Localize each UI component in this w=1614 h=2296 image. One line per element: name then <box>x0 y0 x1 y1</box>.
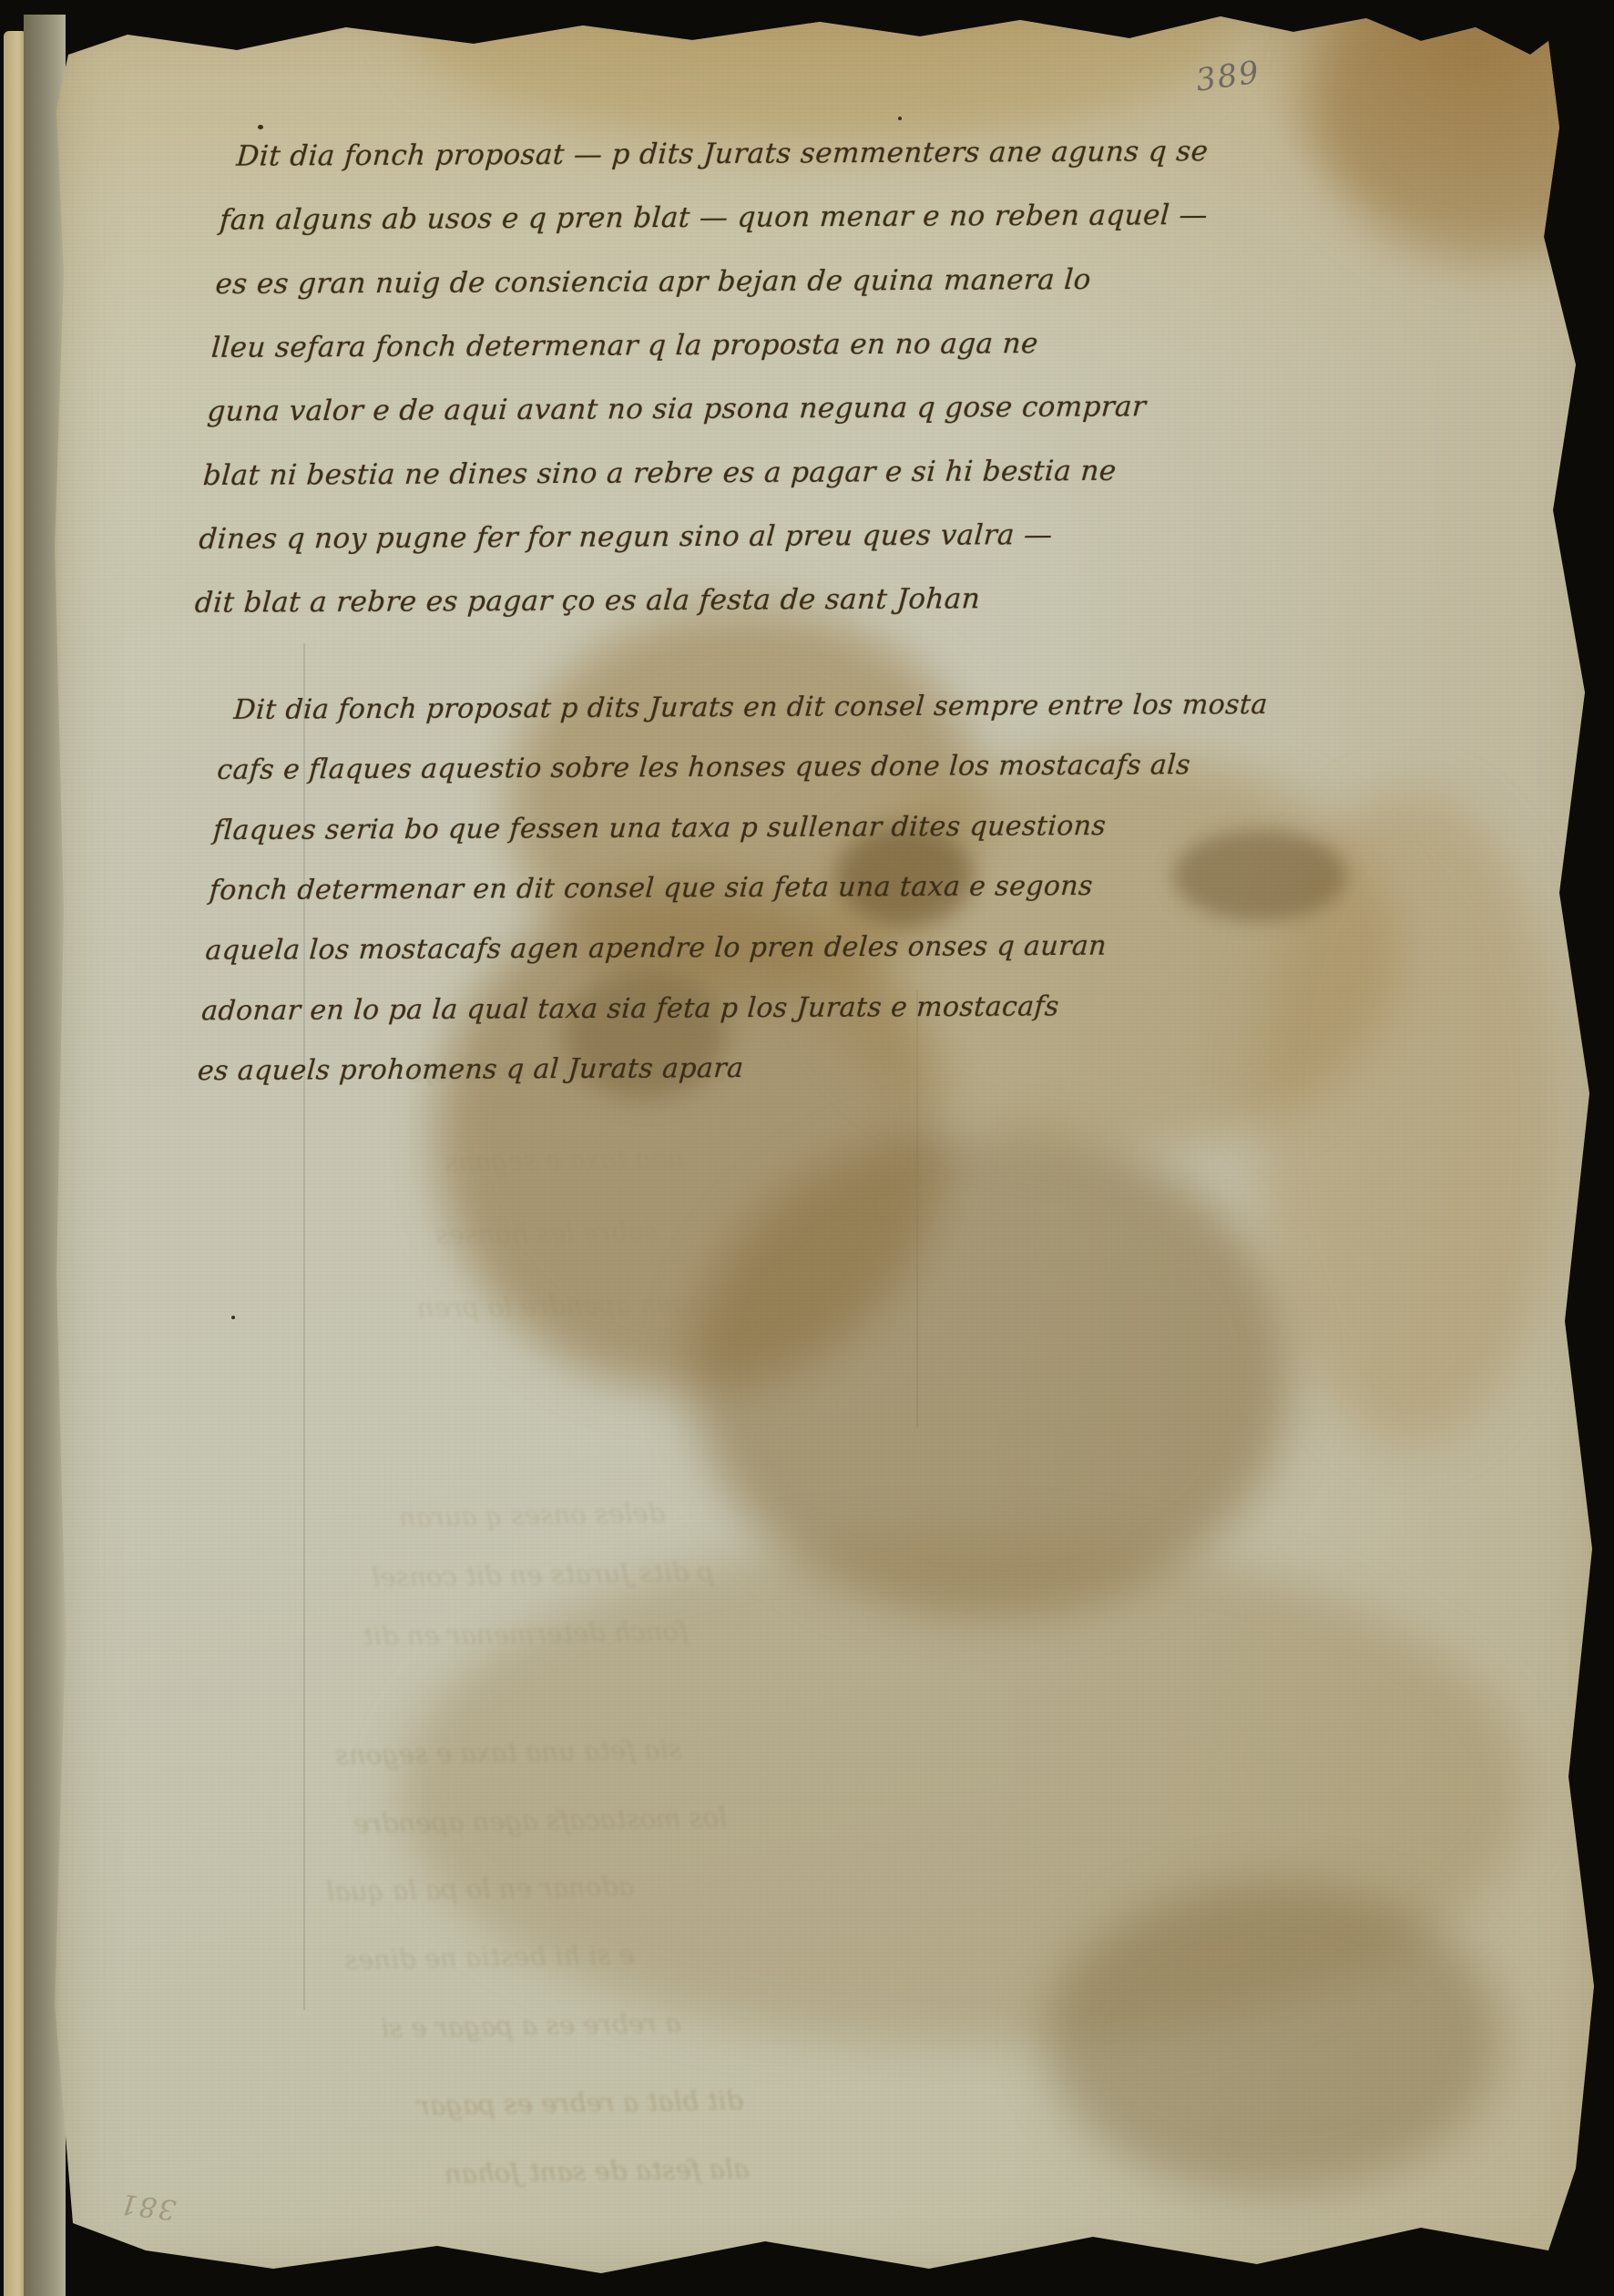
stain-bottom-right <box>1046 1882 1501 2192</box>
manuscript-line: lleu sefara fonch determenar q la propos… <box>209 311 1201 380</box>
stain-central-3 <box>690 1126 1292 1618</box>
manuscript-line: adonar en lo pa la qual taxa sia feta p … <box>199 976 1250 1041</box>
show-through-line: a rebre es a pagar e si <box>381 2007 681 2044</box>
show-through-line: los mostacafs agen apendre <box>353 1801 728 1839</box>
ink-speck <box>898 117 902 120</box>
show-through-line: p dits Jurats en dit consel <box>372 1556 715 1594</box>
folio-number-inverted: 381 <box>117 2187 178 2225</box>
show-through-line: ala festa de sant Johan <box>444 2153 750 2189</box>
show-through-line: agen apendre lo pren <box>417 1287 705 1324</box>
manuscript-line: dines q noy pugne fer for negun sino al … <box>197 502 1189 571</box>
manuscript-line: guna valor e de aqui avant no sia psona … <box>205 374 1197 444</box>
manuscript-page: ques done los mostacafs una taxa e segon… <box>53 5 1607 2289</box>
show-through-line: adonar en lo pa la qual <box>326 1871 635 1907</box>
manuscript-line: cafs e flaques aquestio sobre les honses… <box>215 735 1265 801</box>
show-through-line: e si hi bestia ne dines <box>344 1939 635 1975</box>
show-through-line: sia feta una taxa e segons <box>335 1734 682 1771</box>
manuscript-line: aquela los mostacafs agen apendre lo pre… <box>203 916 1253 981</box>
manuscript-line: Dit dia fonch proposat p dits Jurats en … <box>219 675 1269 741</box>
handwritten-paragraph-1: Dit dia fonch proposat — p dits Jurats s… <box>193 119 1214 635</box>
manuscript-line: fonch determenar en dit consel que sia f… <box>208 856 1258 921</box>
handwritten-paragraph-2: Dit dia fonch proposat p dits Jurats en … <box>196 675 1270 1102</box>
show-through-line: deles onses q auran <box>399 1497 666 1532</box>
manuscript-line: blat ni bestia ne dines sino a rebre es … <box>201 438 1193 507</box>
scanned-manuscript-image: ques done los mostacafs una taxa e segon… <box>0 0 1614 2296</box>
folio-number: 389 <box>1194 54 1263 98</box>
manuscript-line: Dit dia fonch proposat — p dits Jurats s… <box>221 119 1213 189</box>
stain-right-mid <box>1255 789 1565 1445</box>
ink-speck <box>231 1316 235 1319</box>
manuscript-line: es aquels prohomens q al Jurats apara <box>196 1036 1246 1102</box>
stain-top-right <box>1310 0 1614 261</box>
show-through-line: sobre les honses <box>435 1215 658 1250</box>
show-through-line: una taxa e segons <box>444 1143 685 1178</box>
manuscript-line: es es gran nuig de consiencia apr bejan … <box>213 247 1205 316</box>
manuscript-line: dit blat a rebre es pagar ço es ala fest… <box>193 566 1185 635</box>
show-through-line: dit blat a rebre es pagar <box>417 2085 743 2121</box>
manuscript-line: flaques seria bo que fessen una taxa p s… <box>211 795 1262 861</box>
manuscript-line: fan alguns ab usos e q pren blat — quon … <box>218 183 1210 252</box>
stain-lower-wide <box>399 1536 1528 2046</box>
show-through-line: fonch determenar en dit <box>363 1615 689 1652</box>
